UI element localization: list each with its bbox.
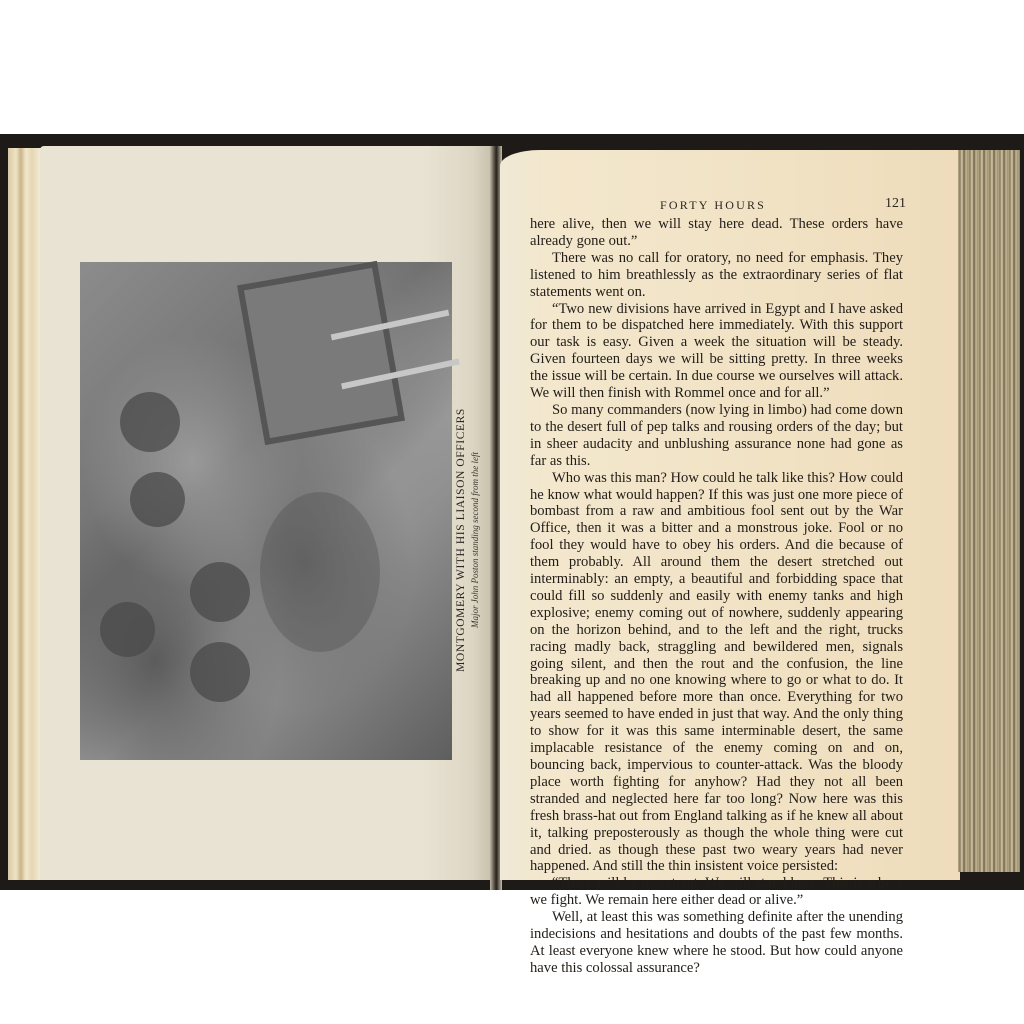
paragraph: here alive, then we will stay here dead.… <box>530 216 903 250</box>
photo-figure <box>190 562 250 622</box>
paragraph: So many commanders (now lying in limbo) … <box>530 402 903 470</box>
body-text: here alive, then we will stay here dead.… <box>530 216 903 977</box>
right-page-edges <box>958 150 1020 872</box>
photograph <box>80 262 452 760</box>
paragraph: Who was this man? How could he talk like… <box>530 470 903 876</box>
page-number: 121 <box>885 196 906 212</box>
photo-caption: MONTGOMERY WITH HIS LIAISON OFFICERS Maj… <box>454 330 486 750</box>
photo-figure <box>100 602 155 657</box>
caption-subtitle: Major John Poston standing second from t… <box>469 330 482 750</box>
chapter-title: FORTY HOURS <box>520 198 906 213</box>
photo-figure <box>190 642 250 702</box>
paragraph: There was no call for oratory, no need f… <box>530 250 903 301</box>
photo-vehicle-panel <box>237 261 405 445</box>
photo-figure <box>130 472 185 527</box>
caption-title: MONTGOMERY WITH HIS LIAISON OFFICERS <box>454 330 469 750</box>
photo-figure <box>260 492 380 652</box>
paragraph: Well, at least this was something defini… <box>530 909 903 977</box>
paragraph: “There will be no retreat. We will stand… <box>530 875 903 909</box>
running-head: FORTY HOURS 121 <box>520 198 906 216</box>
paragraph: “Two new divisions have arrived in Egypt… <box>530 301 903 402</box>
photo-figure <box>120 392 180 452</box>
